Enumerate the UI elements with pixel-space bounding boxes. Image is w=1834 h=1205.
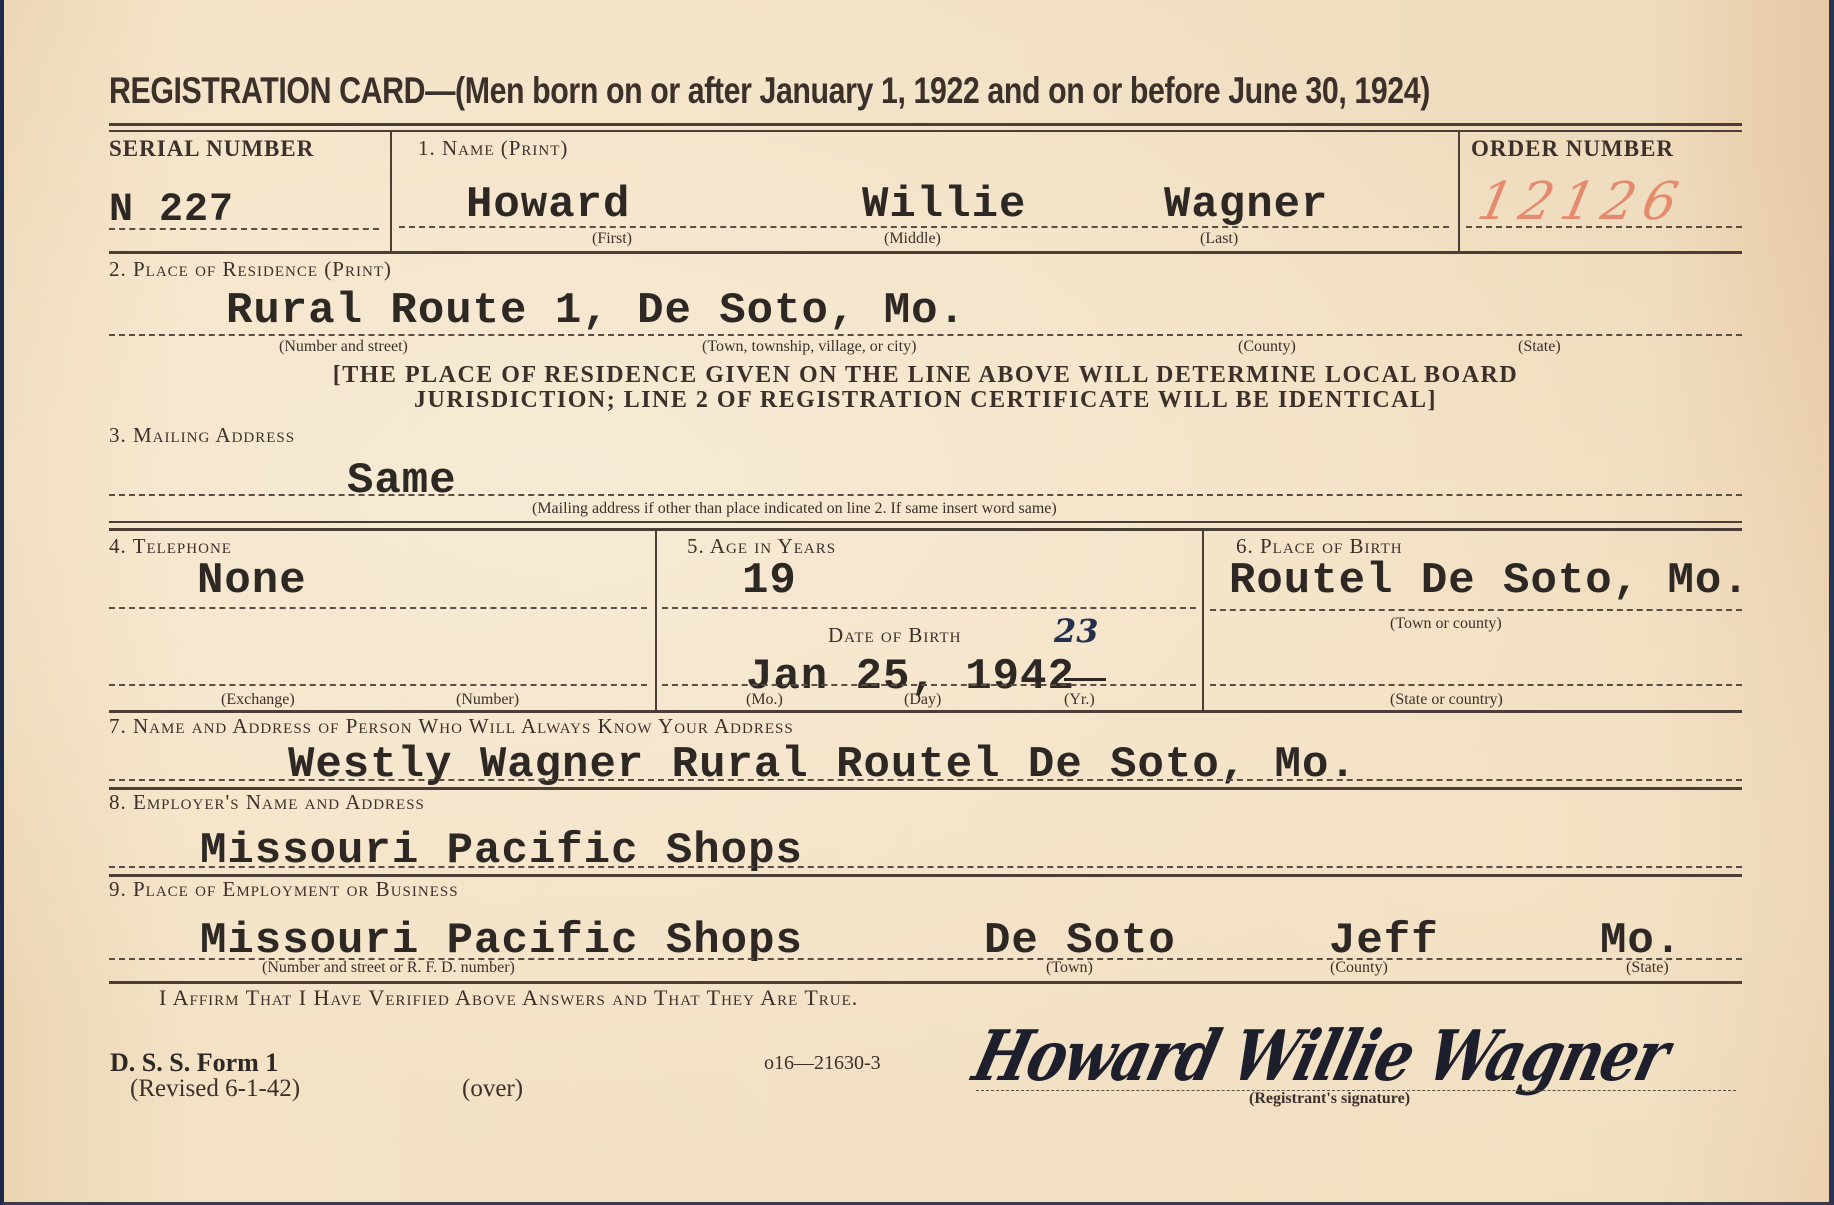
serial-number-line — [109, 228, 379, 230]
birthplace-caption-town: (Town or county) — [1390, 615, 1502, 633]
name-caption-middle: (Middle) — [884, 230, 941, 248]
residence-value: Rural Route 1, De Soto, Mo. — [226, 286, 966, 336]
employer-value: Missouri Pacific Shops — [200, 826, 803, 876]
birthplace-caption-state: (State or country) — [1390, 691, 1503, 709]
name-caption-first: (First) — [592, 230, 632, 248]
telephone-caption-exchange: (Exchange) — [221, 691, 295, 709]
form-name: D. S. S. Form 1 — [110, 1048, 278, 1078]
birth-date-caption-day: (Day) — [904, 691, 941, 709]
birthplace-line-2 — [1210, 684, 1742, 686]
jurisdiction-notice-line2: JURISDICTION; LINE 2 OF REGISTRATION CER… — [109, 387, 1742, 414]
divider-phone-age — [655, 531, 657, 711]
employment-caption-county: (County) — [1330, 959, 1388, 977]
divider-age-birthplace — [1202, 531, 1204, 711]
row4-bottom-rule — [109, 710, 1742, 713]
telephone-line-2 — [109, 684, 647, 686]
title-rule-bottom — [109, 130, 1742, 132]
divider-serial-name — [390, 131, 392, 251]
serial-number-label: SERIAL NUMBER — [109, 136, 314, 162]
employment-caption-town: (Town) — [1046, 959, 1093, 977]
employer-label: 8. Employer's Name and Address — [109, 790, 425, 815]
age-line — [662, 607, 1196, 609]
print-code: o16—21630-3 — [764, 1052, 881, 1075]
birth-year-strikethrough — [1064, 678, 1106, 681]
employment-caption-state: (State) — [1626, 959, 1669, 977]
contact-person-label: 7. Name and Address of Person Who Will A… — [109, 714, 794, 739]
name-first: Howard — [466, 180, 630, 230]
telephone-value: None — [197, 556, 307, 606]
birth-date-caption-month: (Mo.) — [746, 691, 783, 709]
mailing-rule-top — [109, 521, 1742, 523]
order-number-value: 12126 — [1473, 172, 1691, 232]
form-over: (over) — [462, 1075, 523, 1103]
registration-card: REGISTRATION CARD—(Men born on or after … — [0, 0, 1834, 1205]
order-number-label: ORDER NUMBER — [1471, 136, 1674, 162]
age-value: 19 — [742, 556, 797, 606]
serial-number-value: N 227 — [109, 188, 234, 233]
mailing-label: 3. Mailing Address — [109, 423, 295, 448]
row9-bottom-rule — [109, 981, 1742, 984]
contact-person-value: Westly Wagner Rural Routel De Soto, Mo. — [288, 740, 1357, 790]
divider-name-order — [1458, 131, 1460, 251]
mailing-rule-bottom — [109, 528, 1742, 531]
telephone-caption-number: (Number) — [456, 691, 519, 709]
card-title: REGISTRATION CARD—(Men born on or after … — [109, 70, 1430, 112]
residence-caption-town: (Town, township, village, or city) — [702, 338, 916, 356]
contact-person-line — [109, 779, 1742, 781]
birth-date-label: Date of Birth — [828, 623, 961, 648]
title-rule-top — [109, 123, 1742, 126]
mailing-caption: (Mailing address if other than place ind… — [532, 500, 1057, 518]
birth-date-caption-year: (Yr.) — [1064, 691, 1095, 709]
name-line — [399, 226, 1449, 228]
mailing-line — [109, 494, 1742, 496]
name-last: Wagner — [1164, 180, 1328, 230]
signature-caption: (Registrant's signature) — [1249, 1090, 1410, 1108]
row1-bottom-rule — [109, 251, 1742, 254]
name-caption-last: (Last) — [1200, 230, 1238, 248]
registrant-signature: Howard Willie Wagner — [966, 1015, 1676, 1097]
birth-date-line — [662, 684, 1196, 686]
employment-place-label: 9. Place of Employment or Business — [109, 877, 459, 902]
employer-line — [109, 866, 1742, 868]
name-label: 1. Name (Print) — [418, 136, 568, 161]
residence-caption-state: (State) — [1518, 338, 1561, 356]
birthplace-line-1 — [1210, 609, 1742, 611]
name-middle: Willie — [862, 180, 1026, 230]
jurisdiction-notice-line1: [THE PLACE OF RESIDENCE GIVEN ON THE LIN… — [109, 362, 1742, 389]
form-revised: (Revised 6-1-42) — [130, 1075, 300, 1103]
residence-caption-street: (Number and street) — [279, 338, 408, 356]
birth-date-correction: 23 — [1054, 612, 1099, 650]
birthplace-value: Routel De Soto, Mo. — [1229, 556, 1750, 606]
residence-line — [109, 334, 1742, 336]
employment-caption-street: (Number and street or R. F. D. number) — [262, 959, 515, 977]
residence-caption-county: (County) — [1238, 338, 1296, 356]
telephone-line-1 — [109, 607, 647, 609]
affirmation-text: I Affirm That I Have Verified Above Answ… — [159, 985, 858, 1011]
residence-label: 2. Place of Residence (Print) — [109, 257, 392, 282]
order-number-line — [1466, 226, 1742, 228]
mailing-value: Same — [347, 456, 457, 506]
